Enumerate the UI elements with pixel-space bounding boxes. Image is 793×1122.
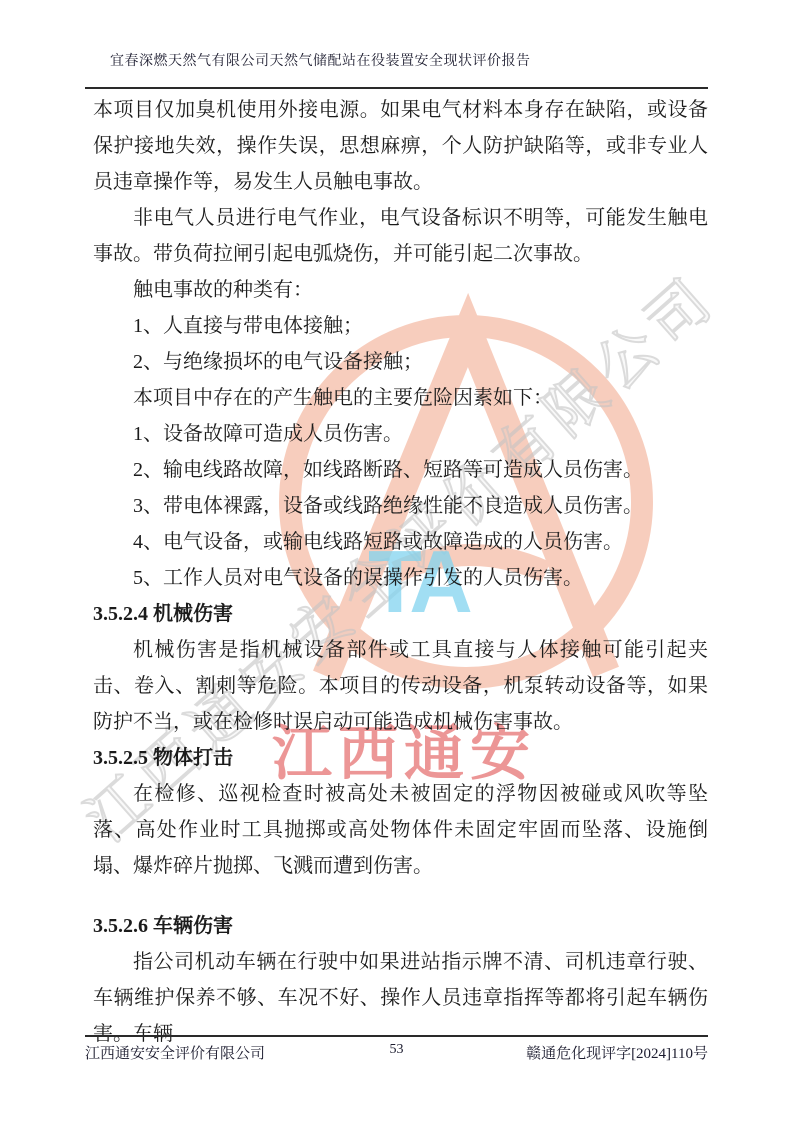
paragraph: 本项目中存在的产生触电的主要危险因素如下：	[93, 380, 708, 416]
list-item: 3、带电体裸露，设备或线路绝缘性能不良造成人员伤害。	[93, 488, 708, 524]
paragraph: 非电气人员进行电气作业，电气设备标识不明等，可能发生触电事故。带负荷拉闸引起电弧…	[93, 200, 708, 272]
list-item: 5、工作人员对电气设备的误操作引发的人员伤害。	[93, 560, 708, 596]
page-footer: 江西通安安全评价有限公司 53 赣通危化现评字[2024]110号	[85, 1035, 708, 1063]
document-page: 江西通安安全评价有限公司 TA 江西通安 宜春深燃天然气有限公司天然气储配站在役…	[0, 0, 793, 1122]
paragraph: 机械伤害是指机械设备部件或工具直接与人体接触可能引起夹击、卷入、割刺等危险。本项…	[93, 632, 708, 740]
header-rule	[85, 87, 708, 89]
list-item: 2、输电线路故障，如线路断路、短路等可造成人员伤害。	[93, 452, 708, 488]
list-item: 2、与绝缘损坏的电气设备接触；	[93, 344, 708, 380]
report-title: 宜春深燃天然气有限公司天然气储配站在役装置安全现状评价报告	[85, 54, 708, 70]
paragraph: 在检修、巡视检查时被高处未被固定的浮物因被碰或风吹等坠落、高处作业时工具抛掷或高…	[93, 776, 708, 884]
list-item: 4、电气设备，或输电线路短路或故障造成的人员伤害。	[93, 524, 708, 560]
footer-doc-number: 赣通危化现评字[2024]110号	[526, 1042, 708, 1063]
section-heading: 3.5.2.4 机械伤害	[93, 596, 708, 632]
footer-page-number: 53	[390, 1042, 404, 1058]
list-item: 1、设备故障可造成人员伤害。	[93, 416, 708, 452]
section-heading: 3.5.2.5 物体打击	[93, 740, 708, 776]
footer-company: 江西通安安全评价有限公司	[85, 1042, 265, 1063]
page-header: 宜春深燃天然气有限公司天然气储配站在役装置安全现状评价报告	[85, 54, 708, 89]
document-content: 本项目仅加臭机使用外接电源。如果电气材料本身存在缺陷，或设备保护接地失效，操作失…	[93, 92, 708, 1052]
section-heading: 3.5.2.6 车辆伤害	[93, 908, 708, 944]
paragraph: 本项目仅加臭机使用外接电源。如果电气材料本身存在缺陷，或设备保护接地失效，操作失…	[93, 92, 708, 200]
list-item: 1、人直接与带电体接触；	[93, 308, 708, 344]
paragraph: 触电事故的种类有：	[93, 272, 708, 308]
